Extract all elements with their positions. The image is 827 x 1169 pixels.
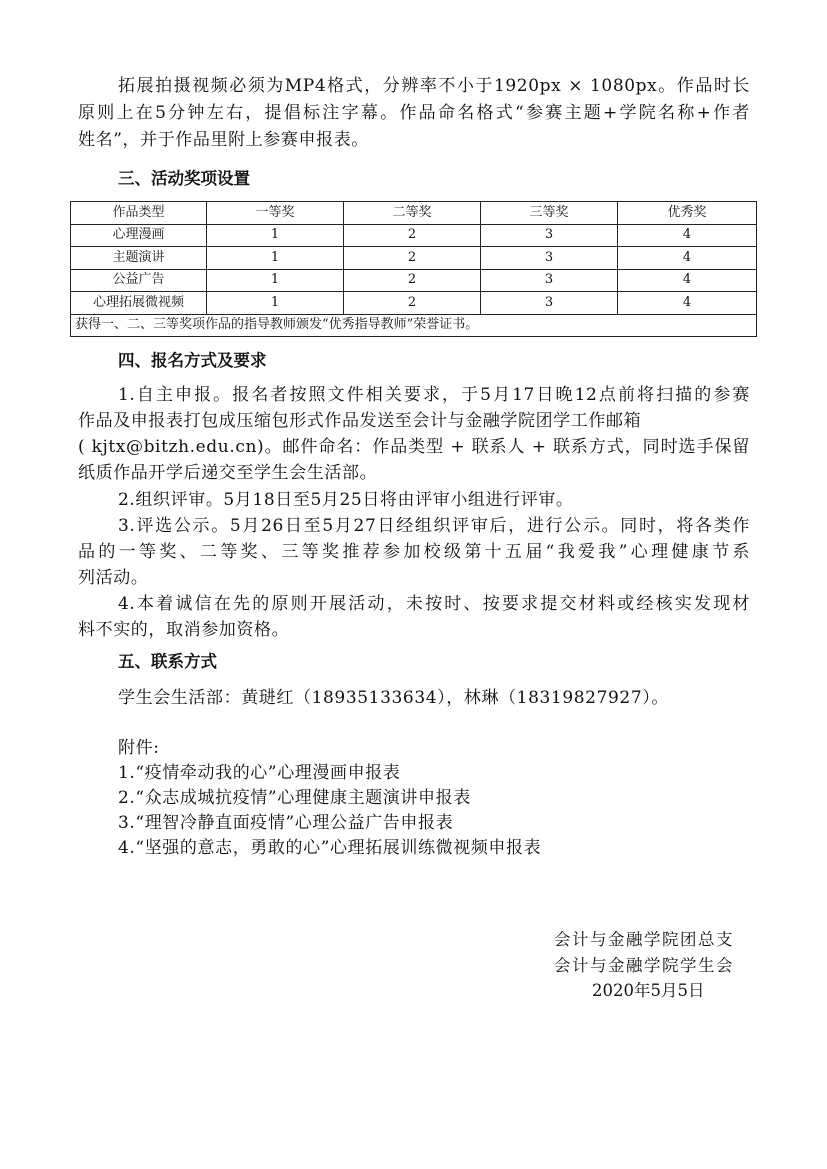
table-cell: 1: [207, 247, 344, 270]
table-cell: 心理拓展微视频: [71, 292, 207, 315]
paragraph-line: 纸质作品开学后递交至学生会生活部。: [78, 461, 750, 486]
table-cell: 2: [344, 292, 481, 315]
paragraph-line: 原则上在5分钟左右，提倡标注字幕。作品命名格式“参赛主题+学院名称+作者: [78, 101, 750, 126]
paragraph-line: 拓展拍摄视频必须为MP4格式，分辨率不小于1920px × 1080px。作品时…: [118, 74, 750, 99]
table-row: 主题演讲 1 2 3 4: [71, 247, 757, 270]
section-heading-registration: 四、报名方式及要求: [118, 349, 267, 373]
table-cell: 4: [618, 269, 757, 292]
table-header-cell: 三等奖: [481, 202, 618, 225]
paragraph-line: 3.评选公示。5月26日至5月27日经组织评审后，进行公示。同时，将各类作: [118, 514, 750, 539]
attachment-item: 3.“理智冷静直面疫情”心理公益广告申报表: [118, 811, 750, 836]
table-row: 心理漫画 1 2 3 4: [71, 224, 757, 247]
paragraph-line: 品的一等奖、二等奖、三等奖推荐参加校级第十五届“我爱我”心理健康节系: [78, 540, 750, 565]
table-cell: 4: [618, 247, 757, 270]
signature-date: 2020年5月5日: [592, 978, 705, 1003]
table-row: 公益广告 1 2 3 4: [71, 269, 757, 292]
table-header-cell: 一等奖: [207, 202, 344, 225]
paragraph-line: 1.自主申报。报名者按照文件相关要求，于5月17日晚12点前将扫描的参赛: [118, 383, 750, 408]
table-cell: 2: [344, 269, 481, 292]
table-cell: 3: [481, 247, 618, 270]
awards-table: 作品类型 一等奖 二等奖 三等奖 优秀奖 心理漫画 1 2 3 4 主题演讲 1…: [70, 201, 757, 337]
table-cell: 2: [344, 224, 481, 247]
table-header-cell: 优秀奖: [618, 202, 757, 225]
attachment-item: 1.“疫情牵动我的心”心理漫画申报表: [118, 761, 750, 786]
document-page: 拓展拍摄视频必须为MP4格式，分辨率不小于1920px × 1080px。作品时…: [0, 0, 827, 1169]
table-cell: 3: [481, 292, 618, 315]
table-cell: 4: [618, 224, 757, 247]
table-cell: 2: [344, 247, 481, 270]
paragraph-line: 姓名”，并于作品里附上参赛申报表。: [78, 128, 750, 153]
table-cell: 1: [207, 292, 344, 315]
table-note: 获得一、二、三等奖项作品的指导教师颁发“优秀指导教师”荣誉证书。: [71, 314, 757, 337]
table-cell: 3: [481, 224, 618, 247]
table-header-cell: 二等奖: [344, 202, 481, 225]
table-cell: 主题演讲: [71, 247, 207, 270]
table-row: 心理拓展微视频 1 2 3 4: [71, 292, 757, 315]
table-header-cell: 作品类型: [71, 202, 207, 225]
table-cell: 公益广告: [71, 269, 207, 292]
paragraph-line: 料不实的，取消参加资格。: [78, 618, 750, 643]
paragraph-line: 4.本着诚信在先的原则开展活动，未按时、按要求提交材料或经核实发现材: [118, 592, 750, 617]
paragraph-line: 2.组织评审。5月18日至5月25日将由评审小组进行评审。: [118, 488, 750, 513]
table-cell: 4: [618, 292, 757, 315]
table-cell: 1: [207, 224, 344, 247]
signature-org-1: 会计与金融学院团总支: [554, 927, 734, 952]
attachment-item: 4.“坚强的意志，勇敢的心”心理拓展训练微视频申报表: [118, 836, 750, 861]
attachments-label: 附件:: [118, 736, 750, 761]
paragraph-line: 列活动。: [78, 566, 750, 591]
table-header-row: 作品类型 一等奖 二等奖 三等奖 优秀奖: [71, 202, 757, 225]
paragraph-line: 作品及申报表打包成压缩包形式作品发送至会计与金融学院团学工作邮箱: [78, 409, 750, 434]
signature-org-2: 会计与金融学院学生会: [554, 953, 734, 978]
table-cell: 心理漫画: [71, 224, 207, 247]
contact-line: 学生会生活部：黄琎红（18935133634），林琳（18319827927）。: [118, 686, 750, 711]
paragraph-line: ( kjtx@bitzh.edu.cn)。邮件命名：作品类型 + 联系人 + 联…: [78, 435, 750, 460]
section-heading-awards: 三、活动奖项设置: [118, 167, 250, 191]
attachment-item: 2.“众志成城抗疫情”心理健康主题演讲申报表: [118, 786, 750, 811]
table-note-row: 获得一、二、三等奖项作品的指导教师颁发“优秀指导教师”荣誉证书。: [71, 314, 757, 337]
table-cell: 3: [481, 269, 618, 292]
table-cell: 1: [207, 269, 344, 292]
section-heading-contact: 五、联系方式: [118, 650, 217, 674]
